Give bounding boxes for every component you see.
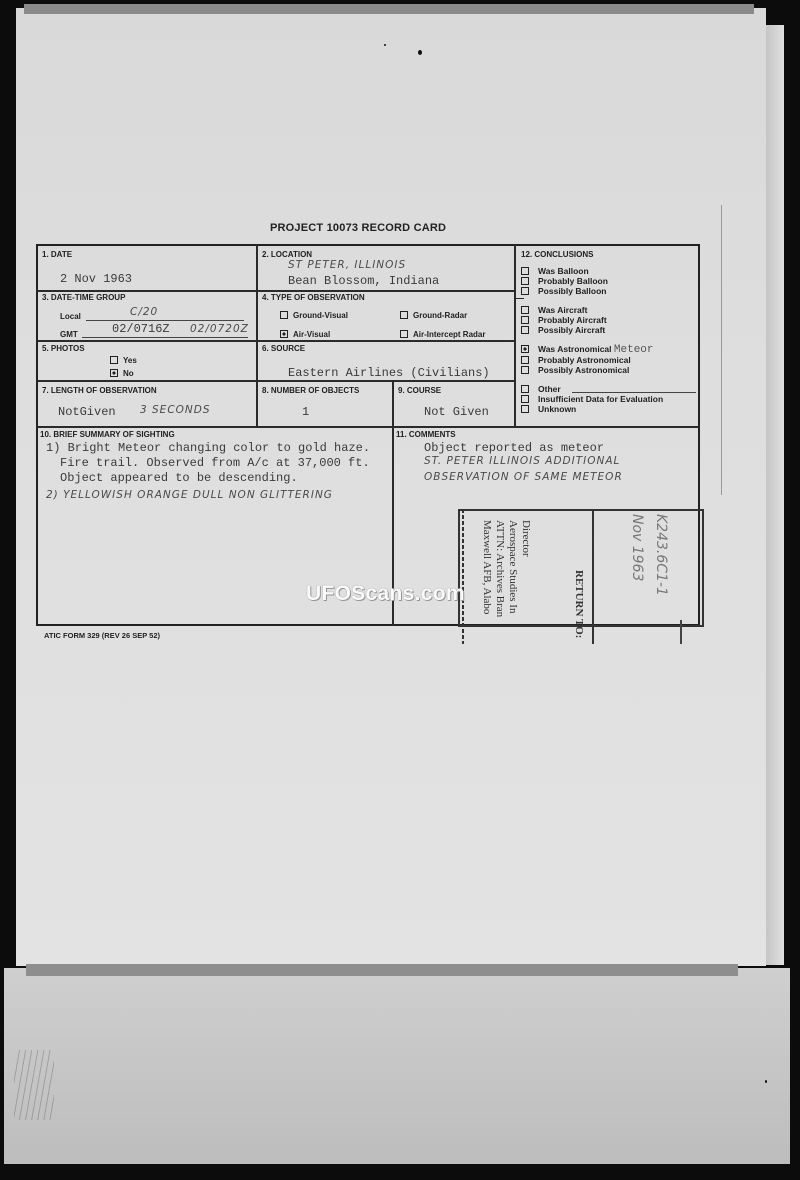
- stamp-edge: [680, 620, 682, 644]
- film-scratch: [14, 1050, 54, 1120]
- option-ground-radar[interactable]: Ground-Radar: [400, 311, 467, 320]
- location-label: 2. LOCATION: [262, 250, 312, 259]
- conclusion-was-aircraft[interactable]: Was Aircraft: [521, 305, 587, 315]
- checkbox[interactable]: [400, 311, 408, 319]
- divider: [36, 426, 700, 428]
- stamp-divider: [592, 509, 594, 644]
- other-underline: [572, 392, 696, 393]
- conclusion-other[interactable]: Other: [521, 384, 561, 394]
- checkbox[interactable]: [521, 356, 529, 364]
- ink-speck: [384, 44, 386, 46]
- source-label: 6. SOURCE: [262, 344, 305, 353]
- conclusion-probably-astronomical[interactable]: Probably Astronomical: [521, 355, 631, 365]
- stamp-handwritten-date: Nov 1963: [631, 514, 643, 581]
- comments-handwritten-2: OBSERVATION OF SAME METEOR: [424, 471, 623, 483]
- checkbox[interactable]: [521, 277, 529, 285]
- stamp-address-2: Aerospace Studies In: [507, 520, 519, 613]
- gmt-handwritten: 02/0720Z: [190, 323, 249, 335]
- course-value: Not Given: [424, 405, 489, 419]
- option-air-intercept-radar[interactable]: Air-Intercept Radar: [400, 330, 485, 339]
- conclusion-insufficient-data[interactable]: Insufficient Data for Evaluation: [521, 394, 663, 404]
- checkbox[interactable]: [110, 356, 118, 364]
- local-value: C/20: [130, 306, 158, 318]
- summary-handwritten: 2) YELLOWISH ORANGE DULL NON GLITTERING: [46, 489, 333, 501]
- conclusions-label: 12. CONCLUSIONS: [521, 250, 593, 259]
- stamp-return-to: RETURN TO:: [573, 570, 585, 638]
- date-label: 1. DATE: [42, 250, 72, 259]
- conclusion-unknown[interactable]: Unknown: [521, 404, 576, 414]
- conclusion-probably-aircraft[interactable]: Probably Aircraft: [521, 315, 607, 325]
- divider: [514, 244, 516, 428]
- checkbox[interactable]: [521, 306, 529, 314]
- checkbox-checked[interactable]: [110, 369, 118, 377]
- length-of-observation-label: 7. LENGTH OF OBSERVATION: [42, 386, 157, 395]
- photos-label: 5. PHOTOS: [42, 344, 85, 353]
- local-underline: [86, 320, 244, 321]
- stamp-address-4: Maxwell AFB, Alabo: [481, 520, 493, 614]
- length-value: NotGiven: [58, 405, 116, 419]
- divider-tick: [514, 298, 524, 299]
- option-photos-no[interactable]: No: [110, 369, 134, 378]
- date-time-group-label: 3. DATE-TIME GROUP: [42, 293, 125, 302]
- conclusion-was-balloon[interactable]: Was Balloon: [521, 266, 589, 276]
- summary-line-2: Fire trail. Observed from A/c at 37,000 …: [60, 456, 370, 470]
- checkbox[interactable]: [280, 311, 288, 319]
- checkbox[interactable]: [521, 385, 529, 393]
- comments-handwritten-1: ST. PETER ILLINOIS ADDITIONAL: [424, 455, 620, 467]
- local-label: Local: [60, 312, 81, 321]
- number-of-objects-value: 1: [302, 405, 309, 419]
- conclusion-possibly-astronomical[interactable]: Possibly Astronomical: [521, 365, 629, 375]
- stamp-edge: [462, 509, 464, 644]
- fold-line: [721, 205, 722, 495]
- option-air-visual[interactable]: Air-Visual: [280, 330, 330, 339]
- option-ground-visual[interactable]: Ground-Visual: [280, 311, 348, 320]
- checkbox[interactable]: [521, 405, 529, 413]
- location-value: Bean Blossom, Indiana: [288, 274, 439, 288]
- comments-typed: Object reported as meteor: [424, 441, 604, 455]
- checkbox[interactable]: [521, 395, 529, 403]
- summary-label: 10. BRIEF SUMMARY OF SIGHTING: [40, 430, 175, 439]
- checkbox[interactable]: [521, 366, 529, 374]
- checkbox[interactable]: [521, 316, 529, 324]
- length-handwritten: 3 SECONDS: [140, 404, 211, 416]
- checkbox[interactable]: [521, 267, 529, 275]
- checkbox[interactable]: [400, 330, 408, 338]
- comments-label: 11. COMMENTS: [396, 430, 456, 439]
- gmt-underline: [82, 337, 248, 338]
- ink-speck: [418, 50, 422, 55]
- option-photos-yes[interactable]: Yes: [110, 356, 137, 365]
- lower-page-background: [4, 968, 790, 1164]
- gmt-label: GMT: [60, 330, 78, 339]
- divider: [36, 290, 516, 292]
- date-value: 2 Nov 1963: [60, 272, 132, 286]
- conclusion-possibly-balloon[interactable]: Possibly Balloon: [521, 286, 607, 296]
- summary-line-1: 1) Bright Meteor changing color to gold …: [46, 441, 370, 455]
- location-handwritten: ST PETER, ILLINOIS: [288, 259, 406, 271]
- conclusion-probably-balloon[interactable]: Probably Balloon: [521, 276, 608, 286]
- checkbox-checked[interactable]: [280, 330, 288, 338]
- checkbox[interactable]: [521, 326, 529, 334]
- divider: [36, 380, 516, 382]
- number-of-objects-label: 8. NUMBER OF OBJECTS: [262, 386, 359, 395]
- stamp-handwritten-ref: K243.6C1-1: [655, 514, 667, 596]
- checkbox-checked[interactable]: [521, 345, 529, 353]
- page-right-edge: [766, 25, 784, 965]
- page-bottom-shadow: [26, 964, 738, 976]
- gmt-value: 02/0716Z: [112, 322, 170, 336]
- ink-speck: [765, 1080, 767, 1083]
- conclusion-possibly-aircraft[interactable]: Possibly Aircraft: [521, 325, 605, 335]
- divider: [36, 340, 516, 342]
- source-value: Eastern Airlines (Civilians): [288, 366, 490, 380]
- form-number: ATIC FORM 329 (REV 26 SEP 52): [44, 631, 160, 640]
- stamp-address-1: Director: [520, 520, 532, 557]
- page-top-shadow: [24, 4, 754, 14]
- checkbox[interactable]: [521, 287, 529, 295]
- card-title: PROJECT 10073 RECORD CARD: [270, 222, 446, 234]
- summary-line-3: Object appeared to be descending.: [60, 471, 298, 485]
- stamp-address-3: ATTN: Archives Bran: [494, 520, 506, 617]
- course-label: 9. COURSE: [398, 386, 441, 395]
- watermark: UFOScans.com: [306, 582, 465, 606]
- type-of-observation-label: 4. TYPE OF OBSERVATION: [262, 293, 365, 302]
- divider: [256, 244, 258, 428]
